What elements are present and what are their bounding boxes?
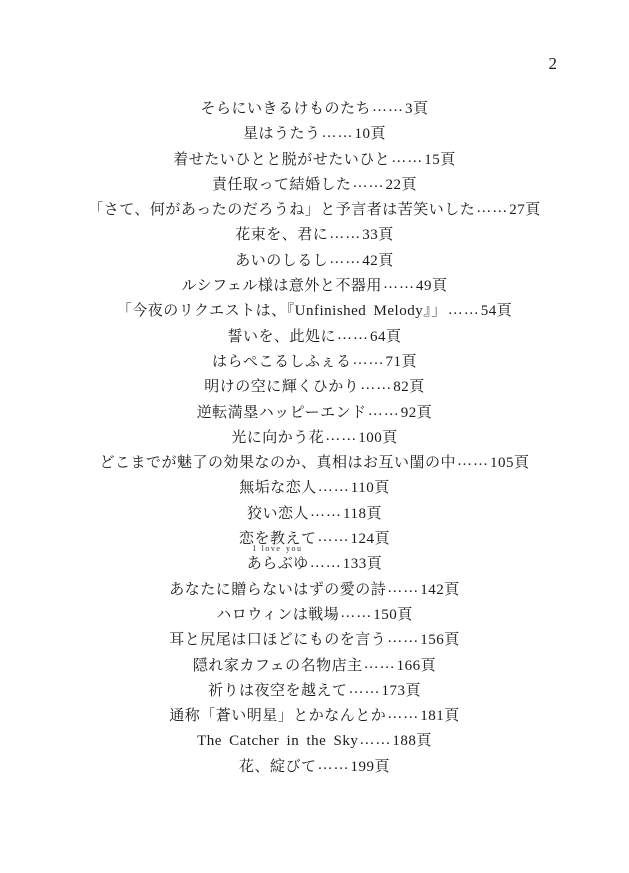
toc-entry-title: 逆転満塁ハッピーエンド [197, 405, 367, 421]
toc-entry-title: 無垢な恋人 [239, 480, 317, 496]
toc-entry-page-suffix: 頁 [416, 733, 432, 749]
toc-entry-title: 耳と尻尾は口ほどにものを言う [169, 632, 386, 648]
toc-entry-page: 92 [401, 405, 417, 421]
toc-entry-page-suffix: 頁 [375, 759, 391, 775]
toc-entry-dots: …… [329, 226, 361, 242]
toc-entry-page: 33 [362, 227, 378, 243]
toc-entry-page-suffix: 頁 [413, 101, 429, 117]
toc-entry-page-suffix: 頁 [409, 379, 425, 395]
toc-entry: 耳と尻尾は口ほどにものを言う……156頁 [0, 628, 629, 653]
toc-entry-title: はらぺこるしふぇる [212, 354, 352, 370]
toc-entry-title: 狡い恋人 [247, 506, 309, 522]
toc-entry-dots: …… [360, 377, 392, 393]
toc-entry-page: 156 [420, 632, 444, 648]
toc-entry-title: The Catcher in the Sky [197, 733, 358, 749]
toc-entry-title: そらにいきるけものたち [200, 101, 371, 117]
toc-entry: 隠れ家カフェの名物店主……166頁 [0, 654, 629, 679]
toc-entry: 恋を教えて……124頁 [0, 527, 629, 552]
page-number: 2 [549, 55, 558, 73]
toc-entry: あいのしるし……42頁 [0, 249, 629, 274]
toc-entry-title: あいのしるし [235, 253, 328, 269]
toc-entry-title: 隠れ家カフェの名物店主 [193, 658, 363, 674]
table-of-contents: そらにいきるけものたち……3頁星はうたう……10頁着せたいひとと脱がせたいひと…… [0, 97, 629, 780]
toc-entry-page: 82 [393, 379, 409, 395]
toc-entry: 着せたいひとと脱がせたいひと……15頁 [0, 148, 629, 173]
toc-entry-page-suffix: 頁 [444, 632, 460, 648]
toc-entry-dots: …… [349, 681, 381, 697]
toc-entry-page-suffix: 頁 [378, 253, 394, 269]
toc-entry: ハロウィンは戦場……150頁 [0, 603, 629, 628]
toc-entry-page-suffix: 頁 [440, 152, 456, 168]
toc-entry-page: 15 [424, 152, 440, 168]
toc-entry-dots: …… [476, 200, 508, 216]
toc-entry-page: 173 [382, 683, 406, 699]
toc-entry: 無垢な恋人……110頁 [0, 476, 629, 501]
toc-entry: そらにいきるけものたち……3頁 [0, 97, 629, 122]
toc-entry-page: 100 [358, 430, 382, 446]
toc-entry-page-suffix: 頁 [375, 531, 391, 547]
toc-entry: 通称「蒼い明星」とかなんとか……181頁 [0, 704, 629, 729]
toc-entry: 花、綻びて……199頁 [0, 755, 629, 780]
toc-entry-title: どこまでが魅了の効果なのか、真相はお互い閨の中 [99, 455, 456, 471]
toc-entry-dots: …… [340, 605, 372, 621]
toc-entry-dots: …… [322, 125, 354, 141]
toc-entry-title: 花束を、君に [235, 227, 328, 243]
toc-entry-page-suffix: 頁 [371, 126, 387, 142]
toc-entry-title: 通称「蒼い明星」とかなんとか [169, 708, 386, 724]
toc-entry-page-suffix: 頁 [444, 708, 460, 724]
toc-entry-page-suffix: 頁 [382, 430, 398, 446]
toc-entry-page-suffix: 頁 [378, 227, 394, 243]
toc-entry-dots: …… [318, 757, 350, 773]
toc-entry-dots: …… [359, 732, 391, 748]
toc-entry: 星はうたう……10頁 [0, 122, 629, 147]
toc-entry-title: あなたに贈らないはずの愛の詩 [169, 582, 386, 598]
toc-entry-page: 64 [370, 329, 386, 345]
toc-entry: I love youあらぶゆ……133頁 [0, 552, 629, 577]
toc-entry-title-with-ruby: I love youあらぶゆ [247, 552, 309, 577]
toc-entry-page-suffix: 頁 [402, 354, 418, 370]
toc-entry: 「今夜のリクエストは、『Unfinished Melody』」……54頁 [0, 299, 629, 324]
toc-entry-title: 光に向かう花 [231, 430, 324, 446]
toc-entry-dots: …… [387, 580, 419, 596]
toc-entry-title: 誓いを、此処に [227, 329, 336, 345]
toc-entry-page: 54 [481, 303, 497, 319]
toc-entry-page-suffix: 頁 [374, 480, 390, 496]
toc-entry-page-suffix: 頁 [444, 582, 460, 598]
toc-entry-dots: …… [353, 352, 385, 368]
toc-entry-page: 188 [392, 733, 416, 749]
toc-entry-dots: …… [318, 479, 350, 495]
toc-entry-dots: …… [329, 251, 361, 267]
toc-entry-title: 「さて、何があったのだろうね」と予言者は苦笑いした [88, 202, 475, 218]
toc-entry: 責任取って結婚した……22頁 [0, 173, 629, 198]
toc-entry-page-suffix: 頁 [367, 556, 383, 572]
toc-entry-page-suffix: 頁 [432, 278, 448, 294]
toc-entry-title: 責任取って結婚した [212, 177, 352, 193]
toc-entry-page: 124 [351, 531, 375, 547]
toc-entry-page-suffix: 頁 [386, 329, 402, 345]
toc-entry: はらぺこるしふぇる……71頁 [0, 350, 629, 375]
toc-entry-dots: …… [387, 630, 419, 646]
toc-entry-page-suffix: 頁 [397, 607, 413, 623]
toc-entry-title: ハロウィンは戦場 [216, 607, 339, 623]
toc-entry-title: ルシフェル様は意外と不器用 [182, 278, 382, 294]
toc-entry-page: 3 [405, 101, 413, 117]
toc-entry-page: 150 [373, 607, 397, 623]
toc-entry-dots: …… [353, 175, 385, 191]
toc-entry-page: 166 [397, 658, 421, 674]
toc-entry-dots: …… [368, 403, 400, 419]
toc-entry: 逆転満塁ハッピーエンド……92頁 [0, 401, 629, 426]
toc-entry-title: 着せたいひとと脱がせたいひと [173, 152, 390, 168]
toc-entry-page: 22 [386, 177, 402, 193]
toc-entry-title: 祈りは夜空を越えて [208, 683, 348, 699]
toc-entry-page: 133 [343, 556, 367, 572]
toc-entry-page: 42 [362, 253, 378, 269]
toc-entry-page-suffix: 頁 [417, 405, 433, 421]
toc-entry-dots: …… [457, 453, 489, 469]
toc-entry-title: 星はうたう [243, 126, 321, 142]
toc-entry-title: 花、綻びて [239, 759, 317, 775]
toc-entry-dots: …… [364, 656, 396, 672]
toc-entry: 花束を、君に……33頁 [0, 223, 629, 248]
toc-entry-dots: …… [372, 99, 404, 115]
toc-entry: 「さて、何があったのだろうね」と予言者は苦笑いした……27頁 [0, 198, 629, 223]
toc-entry-title: あらぶゆ [247, 556, 309, 572]
toc-entry-page: 110 [351, 480, 374, 496]
toc-entry: 狡い恋人……118頁 [0, 502, 629, 527]
toc-entry: 光に向かう花……100頁 [0, 426, 629, 451]
toc-entry: 誓いを、此処に……64頁 [0, 325, 629, 350]
toc-entry-page: 49 [416, 278, 432, 294]
toc-entry-dots: …… [448, 302, 480, 318]
toc-entry-page-suffix: 頁 [514, 455, 530, 471]
toc-entry-dots: …… [318, 529, 350, 545]
toc-entry-dots: …… [391, 150, 423, 166]
toc-entry-dots: …… [387, 706, 419, 722]
toc-entry-page: 142 [420, 582, 444, 598]
toc-entry: The Catcher in the Sky……188頁 [0, 729, 629, 754]
toc-entry: 明けの空に輝くひかり……82頁 [0, 375, 629, 400]
toc-entry-dots: …… [325, 428, 357, 444]
toc-entry-title: 明けの空に輝くひかり [204, 379, 359, 395]
toc-entry-dots: …… [337, 327, 369, 343]
toc-entry-dots: …… [383, 276, 415, 292]
toc-entry: 祈りは夜空を越えて……173頁 [0, 679, 629, 704]
toc-entry-page: 199 [351, 759, 375, 775]
toc-entry-page: 105 [490, 455, 514, 471]
toc-entry-page-suffix: 頁 [497, 303, 513, 319]
toc-entry-page: 27 [509, 202, 525, 218]
toc-entry-dots: …… [310, 555, 342, 571]
toc-entry-page-suffix: 頁 [525, 202, 541, 218]
toc-entry-page: 181 [420, 708, 444, 724]
toc-entry-page: 10 [355, 126, 371, 142]
toc-entry: あなたに贈らないはずの愛の詩……142頁 [0, 578, 629, 603]
toc-entry-page: 71 [386, 354, 402, 370]
toc-entry-page-suffix: 頁 [366, 506, 382, 522]
toc-entry-page: 118 [343, 506, 366, 522]
toc-entry: ルシフェル様は意外と不器用……49頁 [0, 274, 629, 299]
toc-entry-page-suffix: 頁 [406, 683, 422, 699]
toc-entry-dots: …… [310, 504, 342, 520]
toc-entry-page-suffix: 頁 [402, 177, 418, 193]
toc-entry: どこまでが魅了の効果なのか、真相はお互い閨の中……105頁 [0, 451, 629, 476]
toc-entry-title: 「今夜のリクエストは、『Unfinished Melody』」 [117, 303, 447, 319]
toc-entry-ruby: I love you [253, 545, 302, 553]
toc-entry-page-suffix: 頁 [421, 658, 437, 674]
